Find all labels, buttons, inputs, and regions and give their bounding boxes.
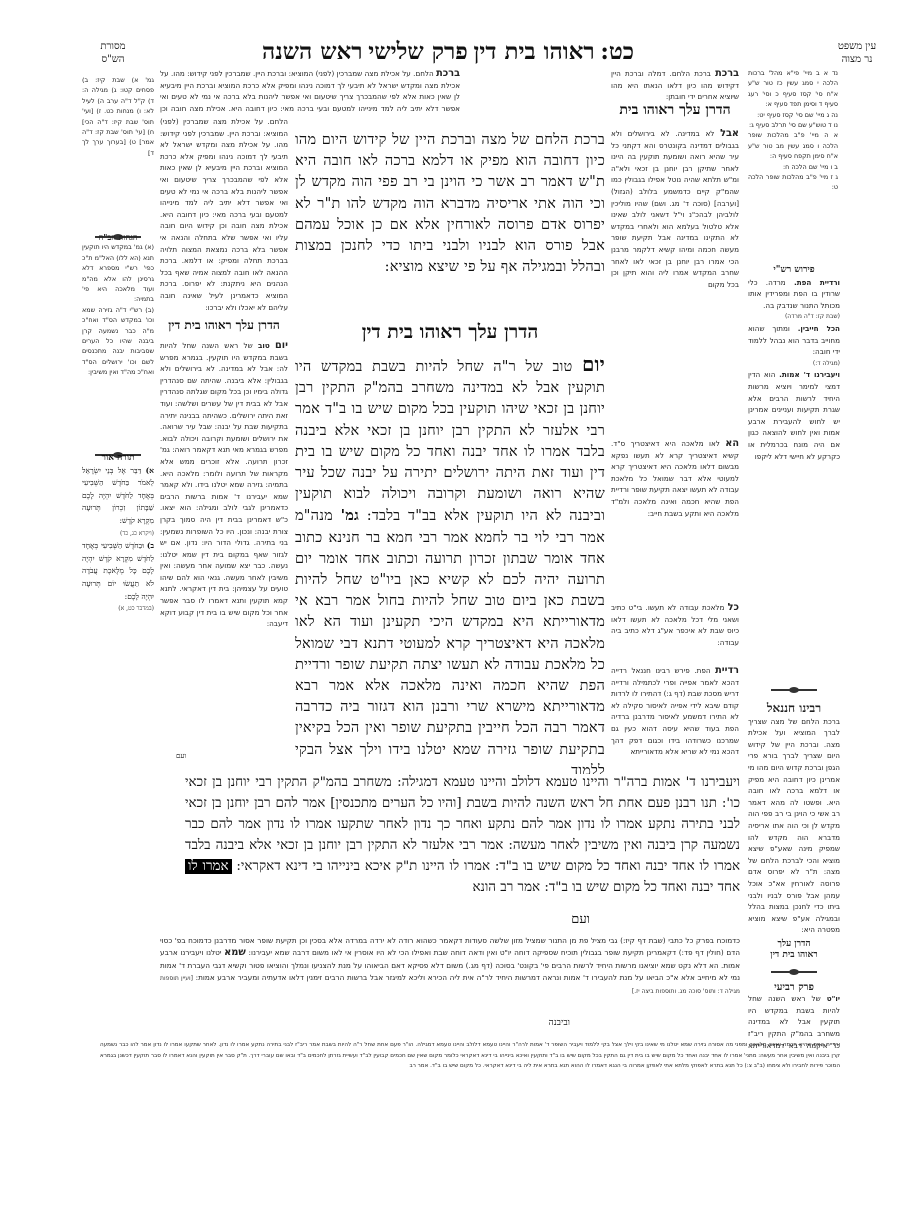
torah-or-title: תורה אור — [82, 452, 154, 465]
gemara-opening: ברכת הלחם של מצה וברכת היין של קידוש היו… — [295, 130, 605, 320]
hashas-title: הש"ס — [78, 53, 148, 66]
hagahot-title: הגהות הב"ח — [82, 232, 154, 242]
ein-mishpat-entry: נו ד טוש"ע שם סי' תרלב סעיף ג: — [748, 120, 838, 130]
rashi-opening-word: אבל — [720, 128, 739, 139]
rashi-body: אבל לא במדינה. לא בירושלים ולא בגבולים ד… — [611, 128, 739, 433]
masoret-header: מסורת הש"ס — [78, 40, 148, 66]
tosafot-bottom: כדמוכח בפרק כל כתבי (שבת דף קיז:) גבי מצ… — [160, 935, 740, 1015]
ornament-divider — [748, 966, 840, 978]
page-header: כט: ראוהו בית דין פרק שלישי ראש השנה — [262, 38, 634, 64]
hagahot-habach: הגהות הב"ח (א) גמ' במקדש היו תוקעין תנא … — [82, 232, 154, 417]
ein-mishpat-entry: נה ג מיי' שם סי' קסז סעיף יט: — [748, 110, 838, 120]
tractate-name: ראש השנה — [262, 38, 363, 65]
tosafot-intro-top: ברכת הלחם. על אכילת מצה שמברכין (לפני) ה… — [160, 68, 460, 116]
gemara-wide-continuation: ויעבירנו ד' אמות ברה"ר והיינו טעמא דלולב… — [185, 772, 740, 912]
ein-mishpat-header: עין משפט נר מצוה — [812, 40, 902, 66]
rashi-catchword: ועם — [176, 752, 186, 760]
gemara-text: מנה"מ אמר רבי לוי בר לחמא אמר רבי חמא בר… — [295, 508, 605, 774]
main-catchword: ועם — [170, 910, 590, 930]
rabbeinu-chananel-title: רבינו חננאל — [748, 700, 840, 716]
rabbeinu-chananel-column: רבינו חננאל ברכת הלחם של מצה שצריך לברך … — [748, 680, 840, 1050]
rashi-note: ויעבירנו ד' אמות. הוא הדין דמצי למימר וי… — [748, 369, 840, 462]
masoret-title: מסורת — [78, 40, 148, 53]
tosafot-hadran: הדרן עלך ראוהו בית דין — [160, 316, 288, 336]
mishna-opening-word: יום — [582, 354, 605, 376]
rabbeinu-chananel-text: ברכת הלחם של מצה שצריך לברך המוציא ועל א… — [748, 716, 840, 936]
ner-mitzvah-title: נר מצוה — [812, 53, 902, 66]
hagahot-entry: (א) גמ' במקדש היו תוקעין תנא (הא ללו) הא… — [82, 242, 154, 304]
mishna-text: טוב של ר"ה שחל להיות בשבת במקדש היו תוקע… — [295, 359, 605, 524]
bottom-commentary: ורדיית הפת שהיא חכמה ואינה מלאכה ומפני מ… — [100, 1040, 840, 1094]
gemara-label: גמ' — [341, 507, 359, 524]
ein-mishpat-entry: א ה מיי' פ"ב מהלכות שופר הלכה ו סמג עשין… — [748, 130, 838, 161]
chapter-name: ראוהו בית דין — [474, 38, 595, 65]
rashi-section-2: הא לאו מלאכה היא דאיצטריך ס"ד. קשיא דאיצ… — [611, 438, 739, 598]
main-hadran: הדרן עלך ראוהו בית דין — [295, 318, 605, 348]
hagahot-entry: (ב) רש"י ד"ה גזירה שמא וכו' במקדש הס"ד ו… — [82, 305, 154, 378]
tosafot-catchword: וביבנה — [170, 1017, 570, 1033]
rashi-note: הכל חייבין. ומתוך שהוא מחוייב בדבר הוא נ… — [748, 323, 840, 369]
perek-revii-title: פרק רביעי — [748, 982, 840, 994]
torah-or-verse: ב) וּבַחֹדֶשׁ הַשְּׁבִיעִי בְּאֶחָד לַחֹ… — [82, 540, 154, 612]
chapter-number: פרק שלישי — [368, 38, 468, 65]
ein-mishpat-entry: ב ו מיי' שם הלכה ח: — [748, 162, 838, 172]
tosafot-intro-body: הלחם. על אכילת מצה שמברכין (לפני) המוציא… — [160, 116, 288, 312]
mishna-gemara-body: יום טוב של ר"ה שחל להיות בשבת במקדש היו … — [295, 354, 605, 774]
rc-hadran-line1: הדרן עלך — [748, 939, 840, 951]
highlighted-phrase[interactable]: אמרו לו — [185, 859, 232, 874]
torah-or-verse: א) דַּבֵּר אֶל בְּנֵי יִשְׂרָאֵל לֵאמֹר … — [82, 465, 154, 541]
ein-mishpat-title: עין משפט — [812, 40, 902, 53]
daf-number: כט: — [600, 38, 634, 65]
torah-or: תורה אור א) דַּבֵּר אֶל בְּנֵי יִשְׂרָאֵ… — [82, 452, 154, 612]
rashi-section-3: כל מלאכת עבודה לא תעשו. בי"ט כתיב ושאני … — [611, 602, 739, 662]
rashi-margin-notes: פירוש רש"י ורדיית הפת. מרדה. כלי שרודין … — [748, 265, 840, 645]
tosafot-section-2: יום טוב של ראש השנה שחל להיות בשבת במקדש… — [160, 340, 288, 755]
ornament-divider — [748, 684, 840, 696]
rashi-note: ורדיית הפת. מרדה. כלי שרודין בו הפת ומפר… — [748, 277, 840, 323]
rashi-intro-lead: ברכת — [715, 68, 739, 79]
rashi-hadran: הדרן עלך ראוהו בית דין — [611, 100, 739, 122]
rashi-notes-title: פירוש רש"י — [748, 265, 840, 277]
masoret-hashas: גמ' א) שבת קיז: ב) פסחים קטו: ג) מגילה ה… — [82, 75, 154, 225]
ein-mishpat-entry: ג ז מיי' פ"ב מהלכות שופר הלכה ט: — [748, 172, 838, 193]
ein-mishpat-entry: נד א ב מיי' פי"א מהל' ברכות הלכה י סמג ע… — [748, 68, 838, 110]
rc-hadran-line2: ראוהו בית דין — [748, 950, 840, 962]
ein-mishpat-column: נד א ב מיי' פי"א מהל' ברכות הלכה י סמג ע… — [748, 68, 838, 198]
